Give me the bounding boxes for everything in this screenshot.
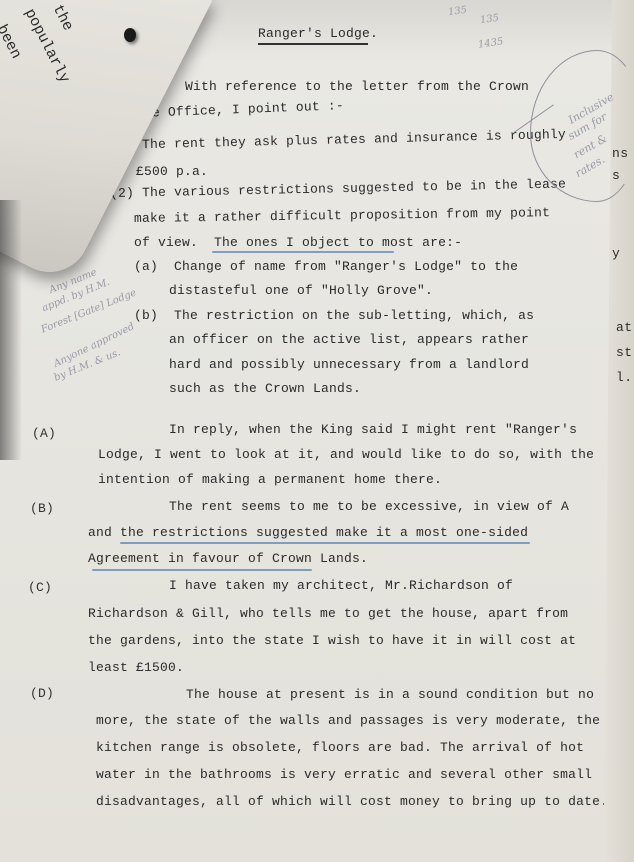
section-a-line: intention of making a permanent home the… (98, 472, 442, 487)
underlined-objection: The ones I object to most (214, 235, 414, 250)
subpoint-marker: (a) (134, 259, 158, 274)
right-fragment: st (616, 345, 633, 360)
point-text: The various restrictions suggested to be… (142, 176, 566, 200)
subpoint-b-line-4: such as the Crown Lands. (169, 381, 361, 396)
subpoint-a-line-2: distasteful one of "Holly Grove". (169, 283, 433, 298)
pencil-figure: 135 (479, 13, 499, 27)
section-a-line: Lodge, I went to look at it, and would l… (98, 447, 594, 462)
pencil-figure: 1435 (477, 36, 504, 50)
subpoint-b-line-2: an officer on the active list, appears r… (169, 332, 529, 347)
section-d-line: disadvantages, all of which will cost mo… (96, 794, 608, 809)
subpoint-b: (b) The restriction on the sub-letting, … (134, 308, 534, 323)
document-title: Ranger's Lodge. (258, 26, 378, 41)
section-d-line: The house at present is in a sound condi… (186, 687, 594, 702)
right-fragment: l. (616, 370, 633, 385)
page-edge-shadow (0, 200, 22, 460)
section-c-line: the gardens, into the state I wish to ha… (88, 633, 576, 648)
section-d-line: more, the state of the walls and passage… (96, 713, 600, 728)
point-text: The rent they ask plus rates and insuran… (142, 127, 566, 152)
point-2-line-2: make it a rather difficult proposition f… (134, 205, 550, 226)
point-2-line-3: of view. The ones I object to most are:- (134, 235, 462, 250)
section-c-line: Richardson & Gill, who tells me to get t… (88, 606, 568, 621)
point-1-line-2: £500 p.a. (136, 164, 208, 179)
section-b-line: The rent seems to me to be excessive, in… (169, 499, 569, 514)
right-fragment: y (612, 246, 620, 261)
section-marker: (C) (28, 580, 52, 595)
subpoint-a: (a) Change of name from "Ranger's Lodge"… (134, 259, 518, 274)
section-c-line: least £1500. (88, 660, 184, 675)
intro-line: With reference to the letter from the Cr… (185, 79, 529, 94)
subpoint-marker: (b) (134, 308, 158, 323)
section-d-line: kitchen range is obsolete, floors are ba… (96, 740, 584, 755)
section-b-line: Agreement in favour of Crown Lands. (88, 551, 368, 566)
right-fragment: at (616, 320, 633, 335)
section-c-line: I have taken my architect, Mr.Richardson… (169, 578, 513, 593)
point-1: (1) The rent they ask plus rates and ins… (110, 127, 566, 153)
section-marker: (D) (30, 686, 54, 701)
subpoint-b-line-3: hard and possibly unnecessary from a lan… (169, 357, 529, 372)
title-underline (258, 43, 368, 45)
blue-pencil-underline (92, 569, 312, 571)
pin-icon (124, 28, 136, 42)
section-d-line: water in the bathrooms is very erratic a… (96, 767, 592, 782)
section-b-line: and the restrictions suggested make it a… (88, 525, 528, 540)
blue-pencil-underline (212, 251, 394, 253)
section-marker: (A) (32, 426, 56, 441)
section-a-line: In reply, when the King said I might ren… (169, 422, 577, 437)
section-marker: (B) (30, 501, 54, 516)
blue-pencil-underline (120, 542, 530, 544)
pencil-figure: 135 (447, 5, 467, 19)
point-2: (2) The various restrictions suggested t… (110, 176, 566, 201)
